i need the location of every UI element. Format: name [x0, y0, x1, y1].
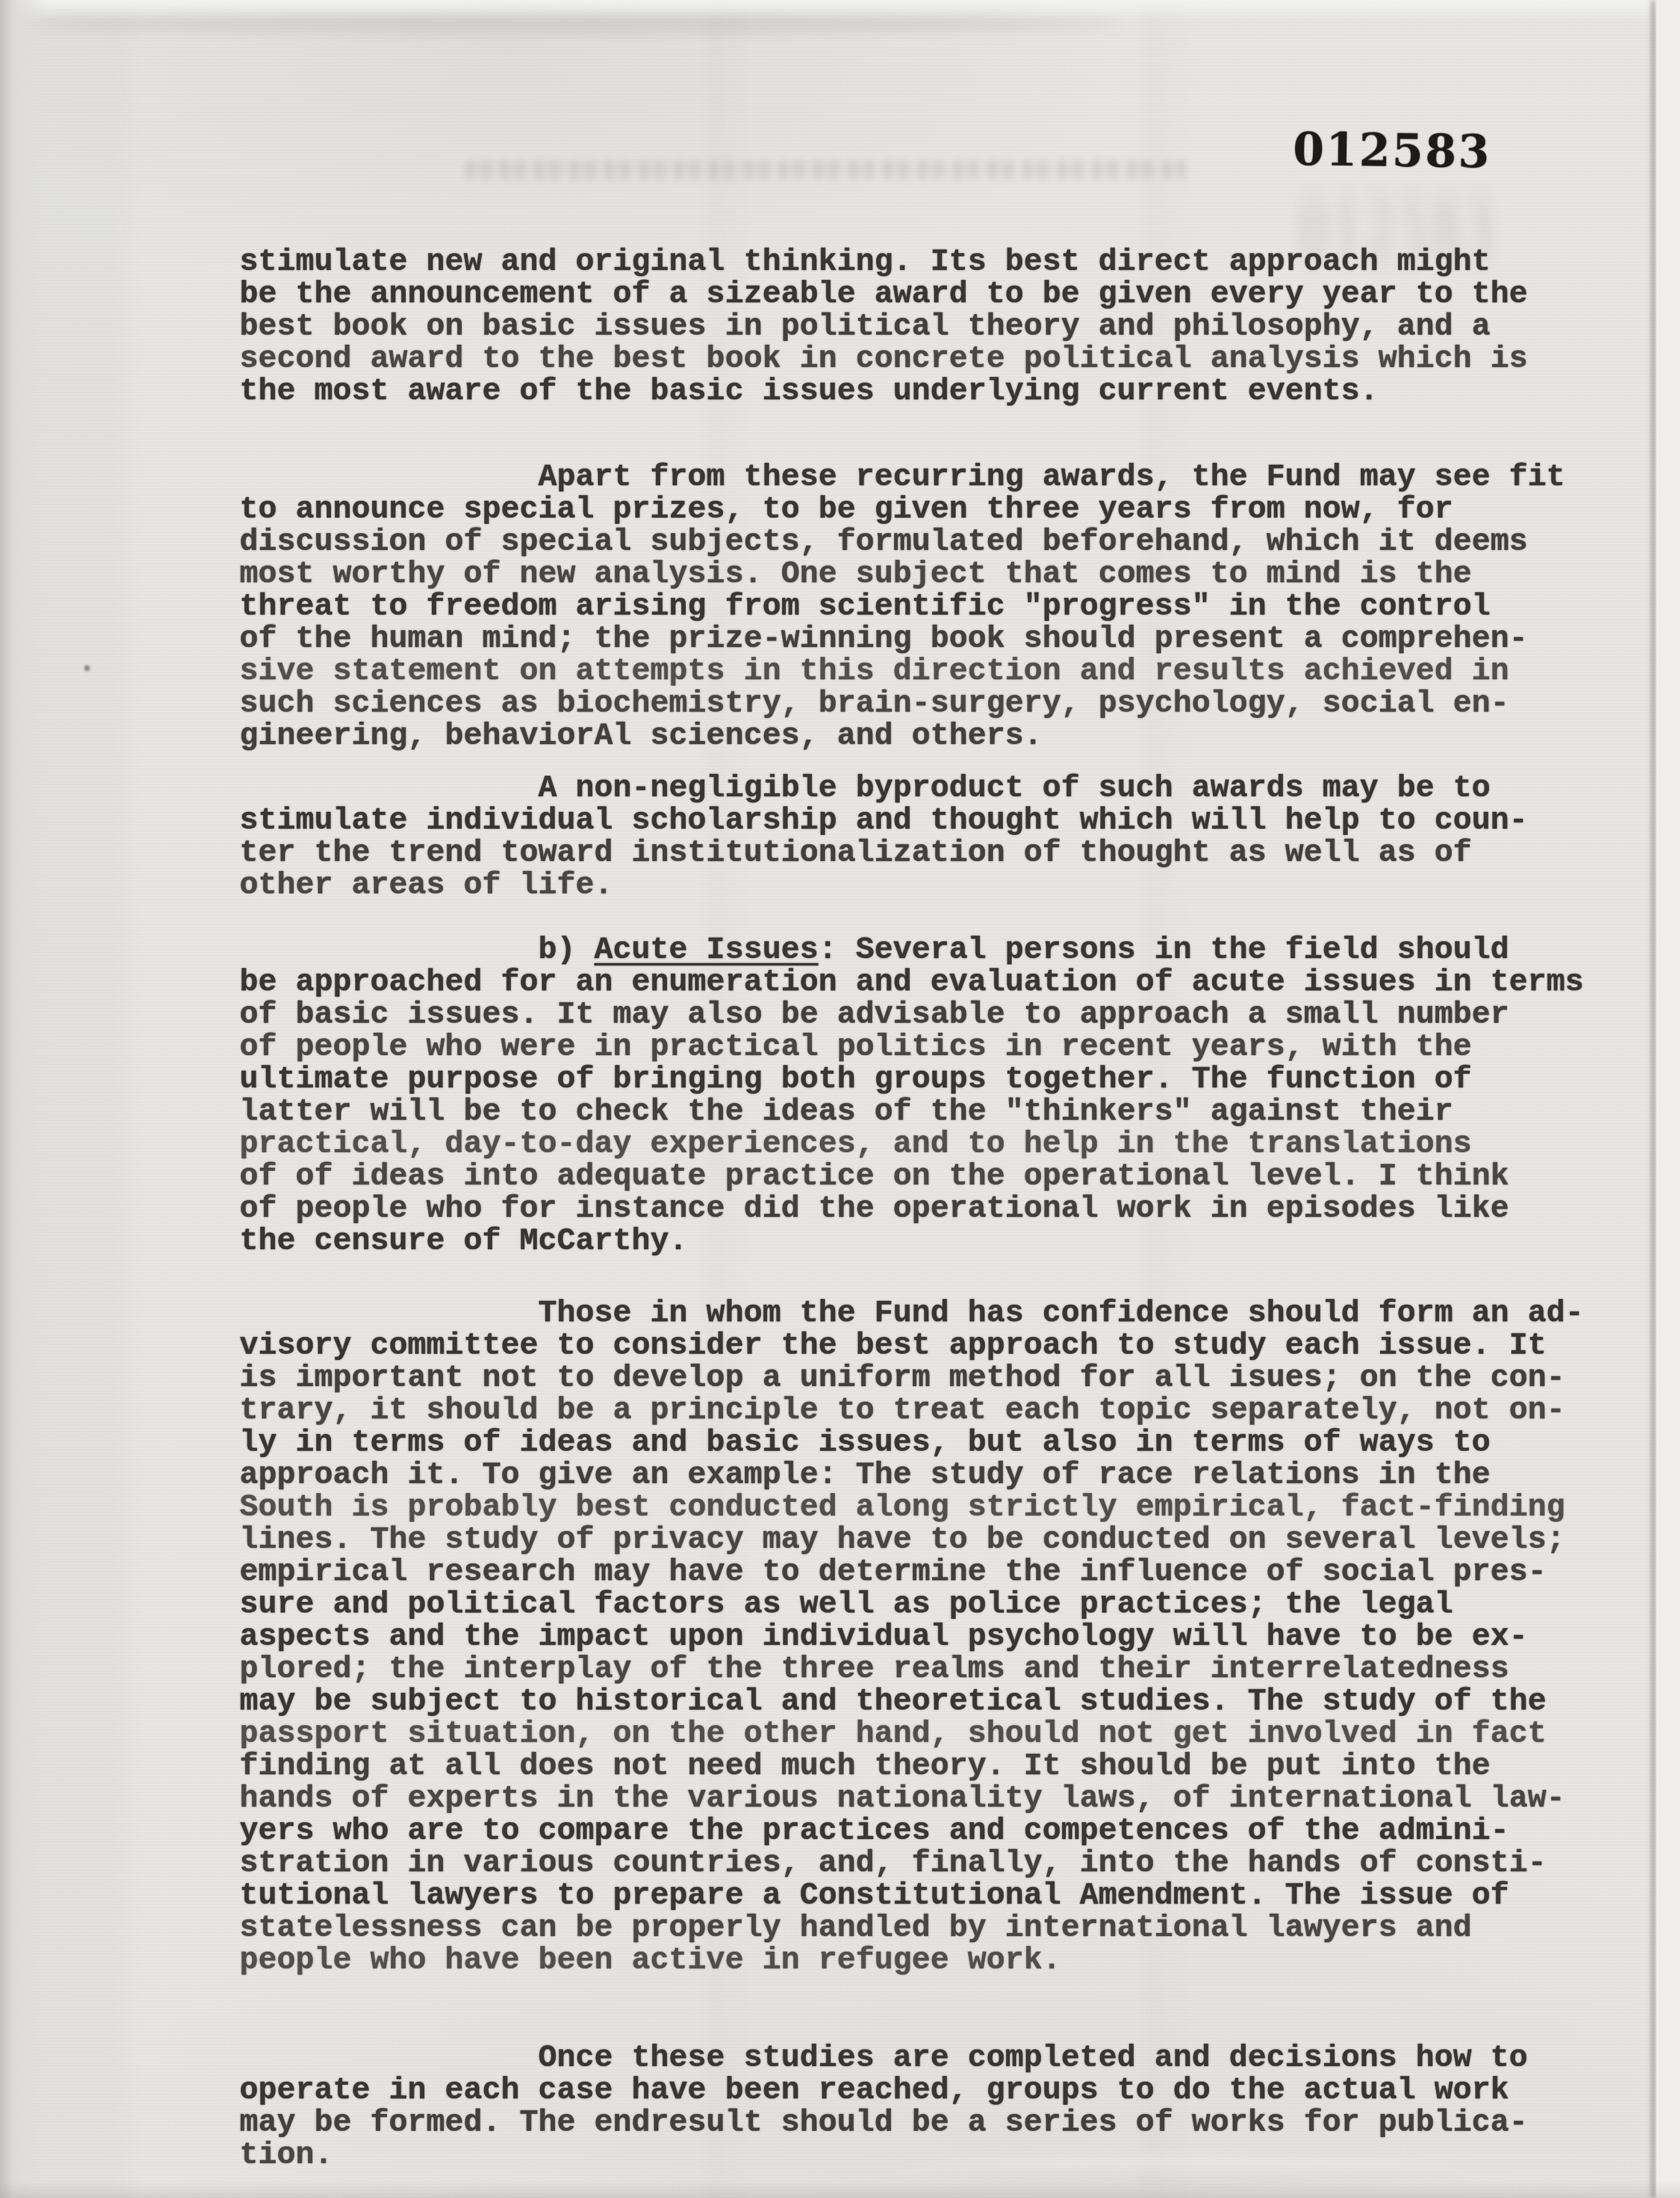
text-line: Apart from these recurring awards, the F… — [240, 462, 1565, 494]
text-line: of the human mind; the prize-winning boo… — [240, 623, 1565, 656]
text-line: trary, it should be a principle to treat… — [240, 1395, 1584, 1427]
paragraph-1: stimulate new and original thinking. Its… — [240, 246, 1528, 408]
top-smudge-artifact — [25, 16, 1120, 32]
stamp-number: 012583 — [1293, 127, 1492, 174]
text-line: practical, day-to-day experiences, and t… — [240, 1129, 1584, 1161]
paragraph-3: A non-negligible byproduct of such award… — [240, 773, 1528, 902]
text-line: empirical research may have to determine… — [240, 1557, 1584, 1589]
text-line: South is probably best conducted along s… — [240, 1492, 1584, 1524]
text-line: may be subject to historical and theoret… — [240, 1686, 1584, 1718]
text-line: such sciences as biochemistry, brain-sur… — [240, 688, 1565, 720]
text-line: sive statement on attempts in this direc… — [240, 656, 1565, 688]
text-line: of people who for instance did the opera… — [240, 1193, 1584, 1226]
text-line: stration in various countries, and, fina… — [240, 1848, 1584, 1880]
paragraph-4-acute-issues: b) Acute Issues: Several persons in the … — [240, 934, 1584, 1258]
text-line: the censure of McCarthy. — [240, 1226, 1584, 1258]
text-line: visory committee to consider the best ap… — [240, 1330, 1584, 1362]
text-line: hands of experts in the various national… — [240, 1783, 1584, 1815]
text-line: is important not to develop a uniform me… — [240, 1362, 1584, 1395]
text-line: sure and political factors as well as po… — [240, 1589, 1584, 1621]
text-line: A non-negligible byproduct of such award… — [240, 773, 1528, 805]
bleedthrough-text — [465, 161, 1187, 179]
scan-right-edge-line — [1651, 0, 1655, 2198]
text-line: stimulate new and original thinking. Its… — [240, 246, 1528, 279]
text-line: other areas of life. — [240, 870, 1528, 902]
scan-right-margin — [1656, 0, 1680, 2198]
text-line: tutional lawyers to prepare a Constituti… — [240, 1880, 1584, 1912]
text-line: discussion of special subjects, formulat… — [240, 526, 1565, 559]
text-line: the most aware of the basic issues under… — [240, 376, 1528, 408]
paragraph-2: Apart from these recurring awards, the F… — [240, 462, 1565, 753]
text-line: threat to freedom arising from scientifi… — [240, 591, 1565, 623]
text-line: statelessness can be properly handled by… — [240, 1912, 1584, 1945]
text-line: most worthy of new analysis. One subject… — [240, 559, 1565, 591]
text-line: plored; the interplay of the three realm… — [240, 1654, 1584, 1686]
text-line: operate in each case have been reached, … — [240, 2075, 1528, 2107]
text-line: approach it. To give an example: The stu… — [240, 1460, 1584, 1492]
text-line: Those in whom the Fund has confidence sh… — [240, 1298, 1584, 1330]
underlined-phrase: Acute Issues — [594, 933, 818, 968]
text-line: gineering, behaviorAl sciences, and othe… — [240, 720, 1565, 753]
text-line: b) Acute Issues: Several persons in the … — [240, 934, 1584, 967]
text-line: ultimate purpose of bringing both groups… — [240, 1064, 1584, 1096]
scanned-page: 012583 012583 stimulate new and original… — [0, 0, 1680, 2198]
text-line: ter the trend toward institutionalizatio… — [240, 837, 1528, 870]
text-line: aspects and the impact upon individual p… — [240, 1621, 1584, 1654]
text-line: best book on basic issues in political t… — [240, 311, 1528, 343]
text-line: ly in terms of ideas and basic issues, b… — [240, 1427, 1584, 1460]
text-line: lines. The study of privacy may have to … — [240, 1524, 1584, 1557]
page-top-edge — [0, 0, 1680, 19]
text-line: finding at all does not need much theory… — [240, 1751, 1584, 1783]
text-line: yers who are to compare the practices an… — [240, 1815, 1584, 1848]
text-line: of people who were in practical politics… — [240, 1031, 1584, 1064]
page-left-edge-shadow — [0, 0, 50, 2198]
text-line: of of ideas into adequate practice on th… — [240, 1161, 1584, 1193]
text-line: latter will be to check the ideas of the… — [240, 1096, 1584, 1129]
text-line: may be formed. The endresult should be a… — [240, 2107, 1528, 2140]
page-bottom-edge — [0, 2182, 1680, 2198]
text-line: tion. — [240, 2140, 1528, 2172]
text-line: to announce special prizes, to be given … — [240, 494, 1565, 526]
text-line: passport situation, on the other hand, s… — [240, 1718, 1584, 1751]
paragraph-5: Those in whom the Fund has confidence sh… — [240, 1298, 1584, 1977]
paragraph-6: Once these studies are completed and dec… — [240, 2042, 1528, 2172]
text-line: people who have been active in refugee w… — [240, 1945, 1584, 1977]
ink-speck — [83, 663, 91, 673]
text-line: stimulate individual scholarship and tho… — [240, 805, 1528, 837]
text-line: second award to the best book in concret… — [240, 343, 1528, 376]
text-line: be approached for an enumeration and eva… — [240, 967, 1584, 999]
text-line: Once these studies are completed and dec… — [240, 2042, 1528, 2075]
text-line: be the announcement of a sizeable award … — [240, 279, 1528, 311]
text-line: of basic issues. It may also be advisabl… — [240, 999, 1584, 1031]
